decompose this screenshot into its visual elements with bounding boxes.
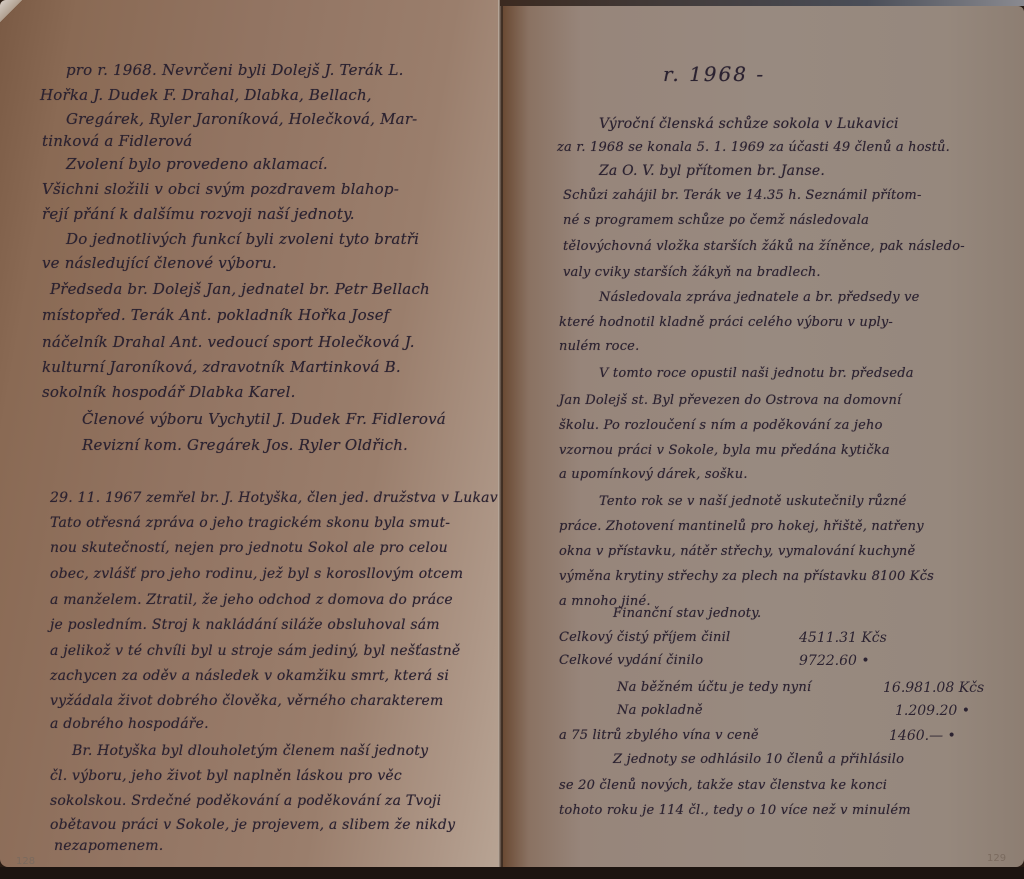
handwritten-line: čl. výboru, jeho život byl naplněn lásko… — [50, 768, 402, 784]
handwritten-line: a upomínkový dárek, sošku. — [559, 467, 748, 482]
handwritten-line: Do jednotlivých funkcí byli zvoleni tyto… — [66, 230, 419, 248]
handwritten-line: a dobrého hospodáře. — [50, 716, 209, 732]
page-number-right: 129 — [987, 853, 1006, 864]
handwritten-line: Členové výboru Vychytil J. Dudek Fr. Fid… — [82, 410, 446, 428]
finance-value: 9722.60 • — [799, 653, 870, 669]
finance-value: 1460.— • — [889, 728, 956, 744]
handwritten-line: tělovýchovná vložka starších žáků na žín… — [563, 239, 965, 254]
handwritten-line: obec, zvlášť pro jeho rodinu, jež byl s … — [50, 566, 463, 582]
handwritten-line: ve následující členové výboru. — [42, 254, 277, 272]
finance-label: Na pokladně — [617, 703, 703, 718]
handwritten-line: sokolník hospodář Dlabka Karel. — [42, 383, 296, 401]
page-corner-fold — [0, 0, 22, 22]
handwritten-line: né s programem schůze po čemž následoval… — [563, 213, 869, 228]
page-heading-year: r. 1968 - — [663, 62, 765, 86]
left-page: pro r. 1968. Nevrčeni byli Dolejš J. Ter… — [0, 0, 500, 867]
handwritten-line: Následovala zpráva jednatele a br. předs… — [599, 290, 920, 305]
handwritten-line: za r. 1968 se konala 5. 1. 1969 za účast… — [557, 140, 950, 155]
handwritten-line: pro r. 1968. Nevrčeni byli Dolejš J. Ter… — [66, 61, 404, 79]
handwritten-line: a jelikož v té chvíli byl u stroje sám j… — [50, 643, 460, 659]
finance-value: 16.981.08 Kčs — [883, 680, 984, 696]
handwritten-line: a manželem. Ztratil, že jeho odchod z do… — [50, 592, 453, 608]
handwritten-line: Tento rok se v naší jednotě uskutečnily … — [599, 494, 906, 509]
handwritten-line: nezapomenem. — [54, 838, 163, 854]
handwritten-line: se 20 členů nových, takže stav členstva … — [559, 778, 887, 793]
handwritten-line: tinková a Fidlerová — [42, 132, 192, 150]
handwritten-line: školu. Po rozloučení s ním a poděkování … — [559, 418, 883, 433]
handwritten-line: práce. Zhotovení mantinelů pro hokej, hř… — [559, 519, 924, 534]
handwritten-line: náčelník Drahal Ant. vedoucí sport Holeč… — [42, 333, 415, 351]
handwritten-line: výměna krytiny střechy za plech na příst… — [559, 569, 934, 584]
page-number-left: 128 — [16, 856, 35, 867]
handwritten-line: kulturní Jaroníková, zdravotník Martinko… — [42, 358, 401, 376]
finance-title: Finanční stav jednoty. — [613, 606, 761, 621]
notebook-spread: pro r. 1968. Nevrčeni byli Dolejš J. Ter… — [0, 0, 1024, 879]
handwritten-line: Z jednoty se odhlásilo 10 členů a přihlá… — [613, 752, 904, 767]
handwritten-line: Tato otřesná zpráva o jeho tragickém sko… — [50, 515, 450, 531]
handwritten-line: V tomto roce opustil naši jednotu br. př… — [599, 366, 914, 381]
finance-value: 4511.31 Kčs — [799, 630, 887, 646]
finance-value: 1.209.20 • — [895, 703, 970, 719]
handwritten-line: nulém roce. — [559, 339, 639, 354]
handwritten-line: Hořka J. Dudek F. Drahal, Dlabka, Bellac… — [40, 86, 372, 104]
finance-label: Celkové vydání činilo — [559, 653, 703, 668]
handwritten-line: Zvolení bylo provedeno aklamací. — [66, 155, 328, 173]
handwritten-line: Výroční členská schůze sokola v Lukavici — [599, 116, 899, 132]
finance-label: Celkový čistý příjem činil — [559, 630, 730, 645]
handwritten-line: Schůzi zahájil br. Terák ve 14.35 h. Sez… — [563, 188, 922, 203]
handwritten-line: Předseda br. Dolejš Jan, jednatel br. Pe… — [50, 280, 430, 298]
handwritten-line: je posledním. Stroj k nakládání siláže o… — [50, 617, 440, 633]
handwritten-line: Gregárek, Ryler Jaroníková, Holečková, M… — [66, 110, 417, 128]
handwritten-line: Revizní kom. Gregárek Jos. Ryler Oldřich… — [82, 436, 408, 454]
finance-label: a 75 litrů zbylého vína v ceně — [559, 728, 759, 743]
handwritten-line: řejí přání k dalšímu rozvoji naší jednot… — [42, 205, 355, 223]
right-page: r. 1968 - Výroční členská schůze sokola … — [503, 6, 1024, 867]
handwritten-line: vyžádala život dobrého člověka, věrného … — [50, 693, 443, 709]
handwritten-line: místopřed. Terák Ant. pokladník Hořka Jo… — [42, 306, 390, 324]
handwritten-line: okna v přístavku, nátěr střechy, vymalov… — [559, 544, 915, 559]
handwritten-line: Všichni složili v obci svým pozdravem bl… — [42, 180, 399, 198]
handwritten-line: vzornou práci v Sokole, byla mu předána … — [559, 443, 890, 458]
handwritten-line: tohoto roku je 114 čl., tedy o 10 více n… — [559, 803, 911, 818]
handwritten-line: Za O. V. byl přítomen br. Janse. — [599, 163, 825, 179]
handwritten-line: sokolskou. Srdečné poděkování a poděková… — [50, 793, 441, 809]
handwritten-line: obětavou práci v Sokole, je projevem, a … — [50, 817, 455, 833]
handwritten-line: nou skutečností, nejen pro jednotu Sokol… — [50, 540, 448, 556]
handwritten-line: zachycen za oděv a následek v okamžiku s… — [50, 668, 449, 684]
handwritten-line: valy cviky starších žákyň na bradlech. — [563, 265, 821, 280]
handwritten-line: které hodnotil kladně práci celého výbor… — [559, 315, 893, 330]
handwritten-line: Jan Dolejš st. Byl převezen do Ostrova n… — [559, 393, 901, 408]
table-edge — [0, 867, 1024, 879]
handwritten-line: 29. 11. 1967 zemřel br. J. Hotyška, člen… — [50, 490, 500, 506]
handwritten-line: Br. Hotyška byl dlouholetým členem naší … — [72, 743, 428, 759]
finance-label: Na běžném účtu je tedy nyní — [617, 680, 811, 695]
